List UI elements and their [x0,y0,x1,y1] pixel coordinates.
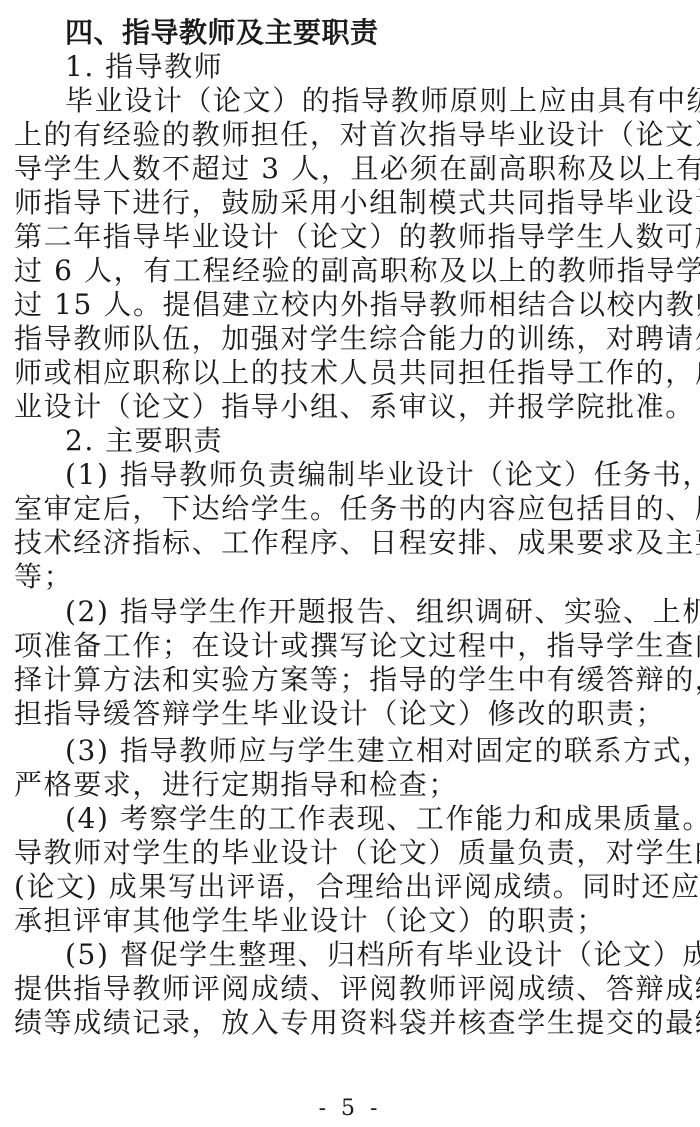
subsection-heading-duties: 2. 主要职责 [65,424,223,458]
text-line: 上的有经验的教师担任，对首次指导毕业设计（论文）的教师指 [14,118,688,152]
text-line: 师指导下进行，鼓励采用小组制模式共同指导毕业设计（论文）， [14,186,688,220]
text-line: 室审定后，下达给学生。任务书的内容应包括目的、原始资料、 [14,492,688,526]
text-line: 过 6 人，有工程经验的副高职称及以上的教师指导学生人数不超 [14,254,688,288]
text-line: 项准备工作；在设计或撰写论文过程中，指导学生查阅资料、选 [14,629,688,663]
text-line: 师或相应职称以上的技术人员共同担任指导工作的，应事先经毕 [14,356,688,390]
text-line: 毕业设计（论文）的指导教师原则上应由具有中级职称及以 [65,84,688,118]
text-line: (1) 指导教师负责编制毕业设计（论文）任务书，并经教研 [65,458,688,492]
section-heading: 四、指导教师及主要职责 [65,16,379,50]
text-line: 提供指导教师评阅成绩、评阅教师评阅成绩、答辩成绩、最终成 [14,972,688,1006]
text-line: (3) 指导教师应与学生建立相对固定的联系方式，并对学生 [65,734,688,768]
text-line: 绩等成绩记录，放入专用资料袋并核查学生提交的最终成果，检 [14,1006,688,1040]
text-line: 等； [14,560,688,594]
text-line: (4) 考察学生的工作表现、工作能力和成果质量。由主要指 [65,802,688,836]
text-line: 第二年指导毕业设计（论文）的教师指导学生人数可放宽至不超 [14,220,688,254]
text-line: 指导教师队伍，加强对学生综合能力的训练，对聘请外单位工程 [14,322,688,356]
text-line: 业设计（论文）指导小组、系审议，并报学院批准。 [14,390,688,424]
page-number: - 5 - [0,1095,700,1123]
text-line: 承担评审其他学生毕业设计（论文）的职责； [14,904,688,938]
text-line: 导教师对学生的毕业设计（论文）质量负责，对学生的毕业设计 [14,836,688,870]
text-line: 过 15 人。提倡建立校内外指导教师相结合以校内教师为主体的 [14,288,688,322]
text-line: 技术经济指标、工作程序、日程安排、成果要求及主要参考文献 [14,526,688,560]
text-line: 择计算方法和实验方案等；指导的学生中有缓答辩的，还应该承 [14,663,688,697]
text-line: 担指导缓答辩学生毕业设计（论文）修改的职责； [14,697,688,731]
document-page: 四、指导教师及主要职责 1. 指导教师 毕业设计（论文）的指导教师原则上应由具有… [0,0,700,1127]
text-line: (论文) 成果写出评语，合理给出评阅成绩。同时还应作为评阅人 [14,870,688,904]
text-line: 严格要求，进行定期指导和检查； [14,768,688,802]
text-line: 导学生人数不超过 3 人，且必须在副高职称及以上有经验的老教 [14,152,688,186]
subsection-heading-advisors: 1. 指导教师 [65,50,223,84]
text-line: (2) 指导学生作开题报告、组织调研、实验、上机运算等各 [65,595,688,629]
text-line: (5) 督促学生整理、归档所有毕业设计（论文）成果，负责 [65,938,688,972]
